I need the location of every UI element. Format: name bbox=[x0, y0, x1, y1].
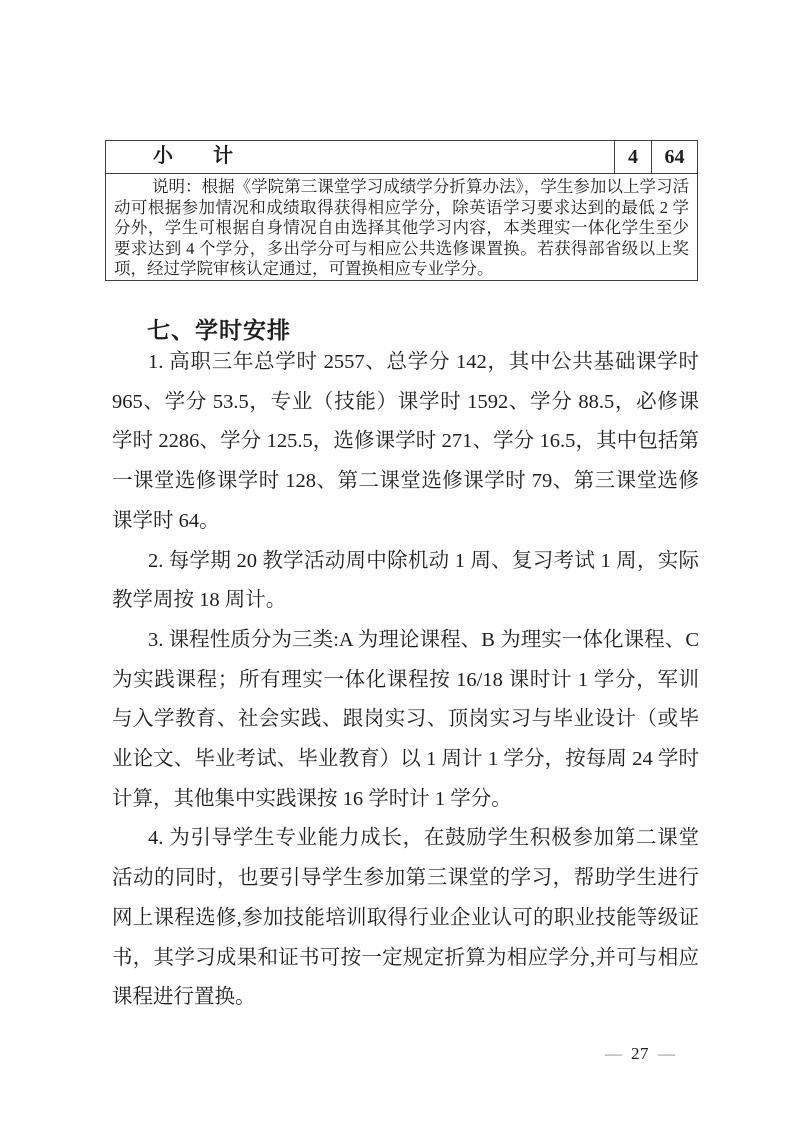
page-number-dash-right: — bbox=[658, 1044, 675, 1064]
subtotal-hours-cell: 64 bbox=[651, 141, 697, 173]
paragraph-3: 3. 课程性质分为三类:A 为理论课程、B 为理实一体化课程、C 为实践课程；所… bbox=[112, 621, 699, 820]
credit-summary-table: 小 计 4 64 说明：根据《学院第三课堂学习成绩学分折算办法》，学生参加以上学… bbox=[105, 140, 698, 281]
body-text-block: 1. 高职三年总学时 2557、总学分 142，其中公共基础课学时 965、学分… bbox=[112, 343, 699, 1018]
paragraph-4: 4. 为引导学生专业能力成长，在鼓励学生积极参加第二课堂活动的同时，也要引导学生… bbox=[112, 819, 699, 1018]
page-number-dash-left: — bbox=[605, 1044, 622, 1064]
subtotal-credits-cell: 4 bbox=[614, 141, 651, 173]
table-note-text: 说明：根据《学院第三课堂学习成绩学分折算办法》，学生参加以上学习活动可根据参加情… bbox=[106, 174, 697, 280]
section-heading: 七、学时安排 bbox=[147, 312, 291, 345]
subtotal-label: 小 计 bbox=[106, 141, 614, 173]
paragraph-2: 2. 每学期 20 教学活动周中除机动 1 周、复习考试 1 周，实际教学周按 … bbox=[112, 542, 699, 621]
page-number-value: 27 bbox=[631, 1044, 649, 1064]
table-row-subtotal: 小 计 4 64 bbox=[106, 141, 697, 174]
document-page: 小 计 4 64 说明：根据《学院第三课堂学习成绩学分折算办法》，学生参加以上学… bbox=[0, 0, 793, 1122]
page-number: — 27 — bbox=[578, 1044, 702, 1064]
paragraph-1: 1. 高职三年总学时 2557、总学分 142，其中公共基础课学时 965、学分… bbox=[112, 343, 699, 542]
